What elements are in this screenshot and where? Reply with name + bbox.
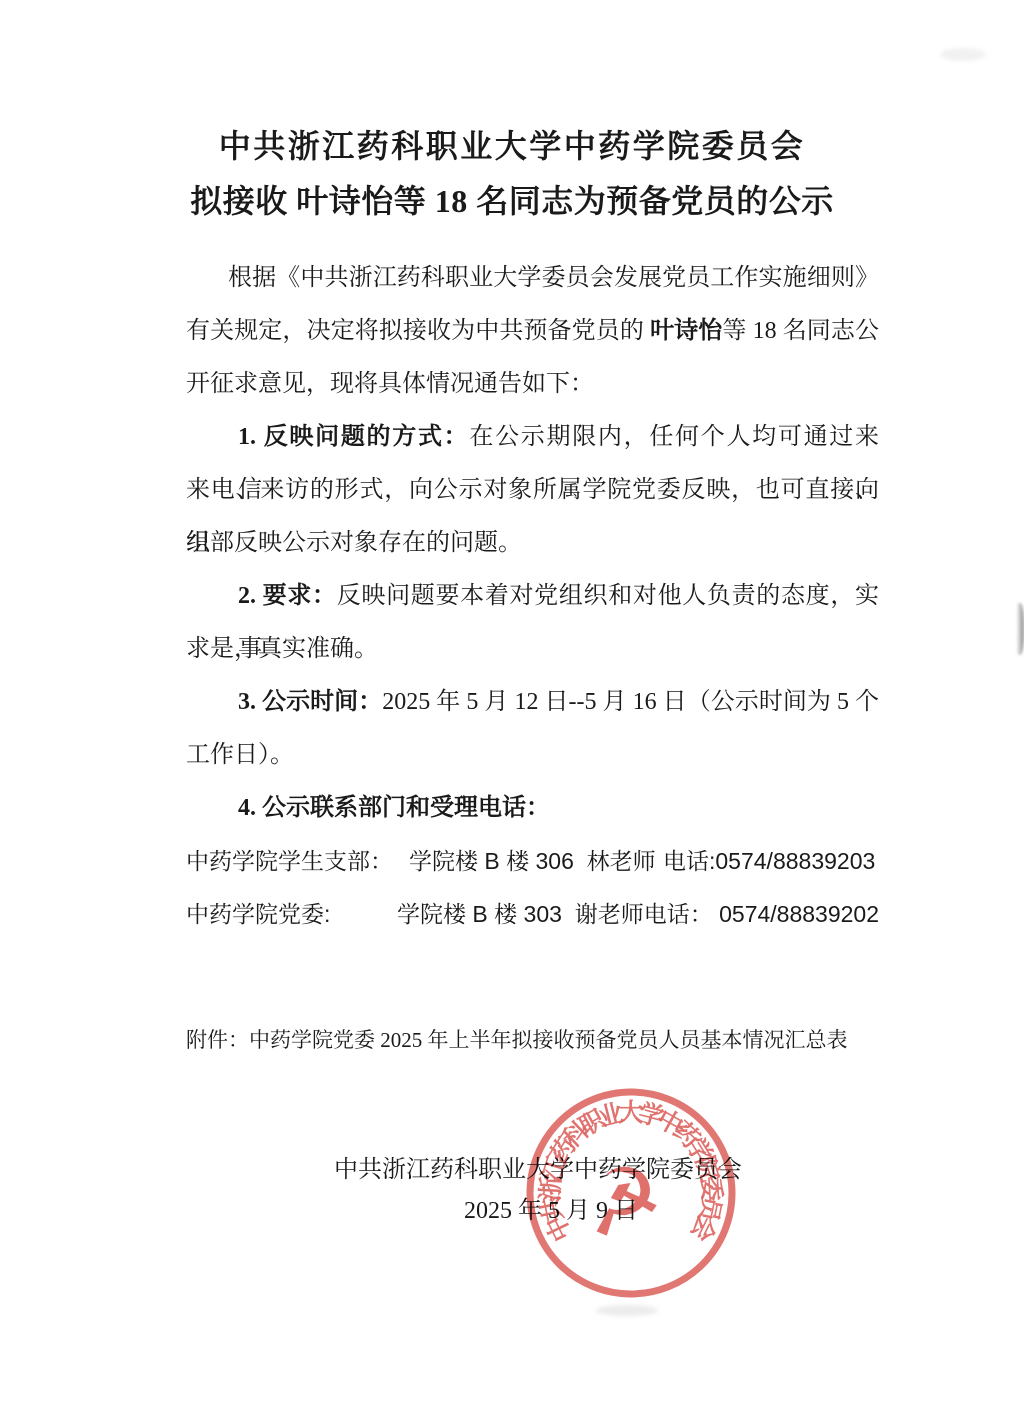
text-run: 根据《中共浙江药科职业大学委员会发展党员工作实施细则》 <box>228 265 879 291</box>
signature-org: 中共浙江药科职业大学中药学院委员会 <box>318 1150 758 1191</box>
text-run: 开征求意见，现将具体情况通告如下： <box>186 371 594 397</box>
document-title-line-1: 中共浙江药科职业大学中药学院委员会 <box>18 119 1006 174</box>
body-line: 4. 公示联系部门和受理电话： <box>186 782 879 835</box>
seal-ring-char: 大 <box>618 1099 643 1127</box>
seal-ring-char: 中 <box>652 1105 687 1142</box>
contact-phone: 电话： 0574/88839202 <box>644 888 879 941</box>
attachment-line: 附件：中药学院党委 2025 年上半年拟接收预备党员人员基本情况汇总表 <box>186 1024 886 1056</box>
contact-row: 中药学院党委:学院楼 B 楼 303 谢老师电话： 0574/88839202 <box>186 888 879 941</box>
contact-location: 学院楼 B 楼 303 谢老师 <box>397 888 644 941</box>
text-run: 等 18 名同志公 <box>722 318 879 344</box>
seal-ring-char: 职 <box>574 1104 610 1141</box>
signature-block: 中共浙江药科职业大学中药学院委员会 2025 年 5 月 9 日 <box>318 1150 758 1232</box>
body-line: 工作日）。 <box>186 729 879 782</box>
seal-ring-char: 学 <box>635 1099 666 1132</box>
seal-ring-char: 药 <box>667 1116 704 1154</box>
text-run: 3. 公示时间： <box>238 689 382 715</box>
contact-location: 学院楼 B 楼 306 林老师 <box>409 835 663 888</box>
scan-smudge-top <box>940 48 986 61</box>
body-line: 开征求意见，现将具体情况通告如下： <box>186 358 879 411</box>
scan-smudge-bottom <box>596 1305 658 1316</box>
contact-phone: 电话:0574/88839203 <box>663 835 879 888</box>
signature-date: 2025 年 5 月 9 日 <box>318 1191 758 1232</box>
body-text: 根据《中共浙江药科职业大学委员会发展党员工作实施细则》有关规定，决定将拟接收为中… <box>186 252 879 941</box>
body-line: 2. 要求：反映问题要本着对党组织和对他人负责的态度，实事 <box>186 570 879 623</box>
seal-ring-char: 科 <box>557 1116 595 1154</box>
body-line: 根据《中共浙江药科职业大学委员会发展党员工作实施细则》 <box>186 252 879 305</box>
scan-smudge-right <box>1015 603 1024 655</box>
body-line: 来电、来访的形式，向公示对象所属学院党委反映，也可直接向组 <box>186 464 879 517</box>
contact-label: 中药学院党委: <box>186 888 397 941</box>
contact-label: 中药学院学生支部： <box>186 835 409 888</box>
contact-row: 中药学院学生支部：学院楼 B 楼 306 林老师电话:0574/88839203 <box>186 835 879 888</box>
text-run: 工作日）。 <box>186 742 294 768</box>
text-run: 2. 要求： <box>238 583 337 609</box>
seal-ring-char: 业 <box>595 1099 626 1132</box>
text-run: 织部反映公示对象存在的问题。 <box>186 530 522 556</box>
text-run: 2025 年 5 月 12 日--5 月 16 日（公示时间为 5 个 <box>382 689 879 715</box>
text-run: 叶诗怡 <box>650 318 722 344</box>
body-line: 有关规定，决定将拟接收为中共预备党员的 叶诗怡等 18 名同志公 <box>186 305 879 358</box>
body-line: 1. 反映问题的方式：在公示期限内，任何个人均可通过来信、 <box>186 411 879 464</box>
text-run: 1. 反映问题的方式： <box>238 424 469 450</box>
text-run: 求是，真实准确。 <box>186 636 378 662</box>
body-line: 3. 公示时间：2025 年 5 月 12 日--5 月 16 日（公示时间为 … <box>186 676 879 729</box>
body-line: 求是，真实准确。 <box>186 623 879 676</box>
document-page: 中共浙江药科职业大学中药学院委员会 拟接收 叶诗怡等 18 名同志为预备党员的公… <box>0 0 1024 1427</box>
text-run: 4. 公示联系部门和受理电话： <box>238 795 550 821</box>
document-title-line-2: 拟接收 叶诗怡等 18 名同志为预备党员的公示 <box>18 174 1006 229</box>
text-run: 有关规定，决定将拟接收为中共预备党员的 <box>186 318 650 344</box>
document-title: 中共浙江药科职业大学中药学院委员会 拟接收 叶诗怡等 18 名同志为预备党员的公… <box>18 119 1006 229</box>
body-line: 织部反映公示对象存在的问题。 <box>186 517 879 570</box>
